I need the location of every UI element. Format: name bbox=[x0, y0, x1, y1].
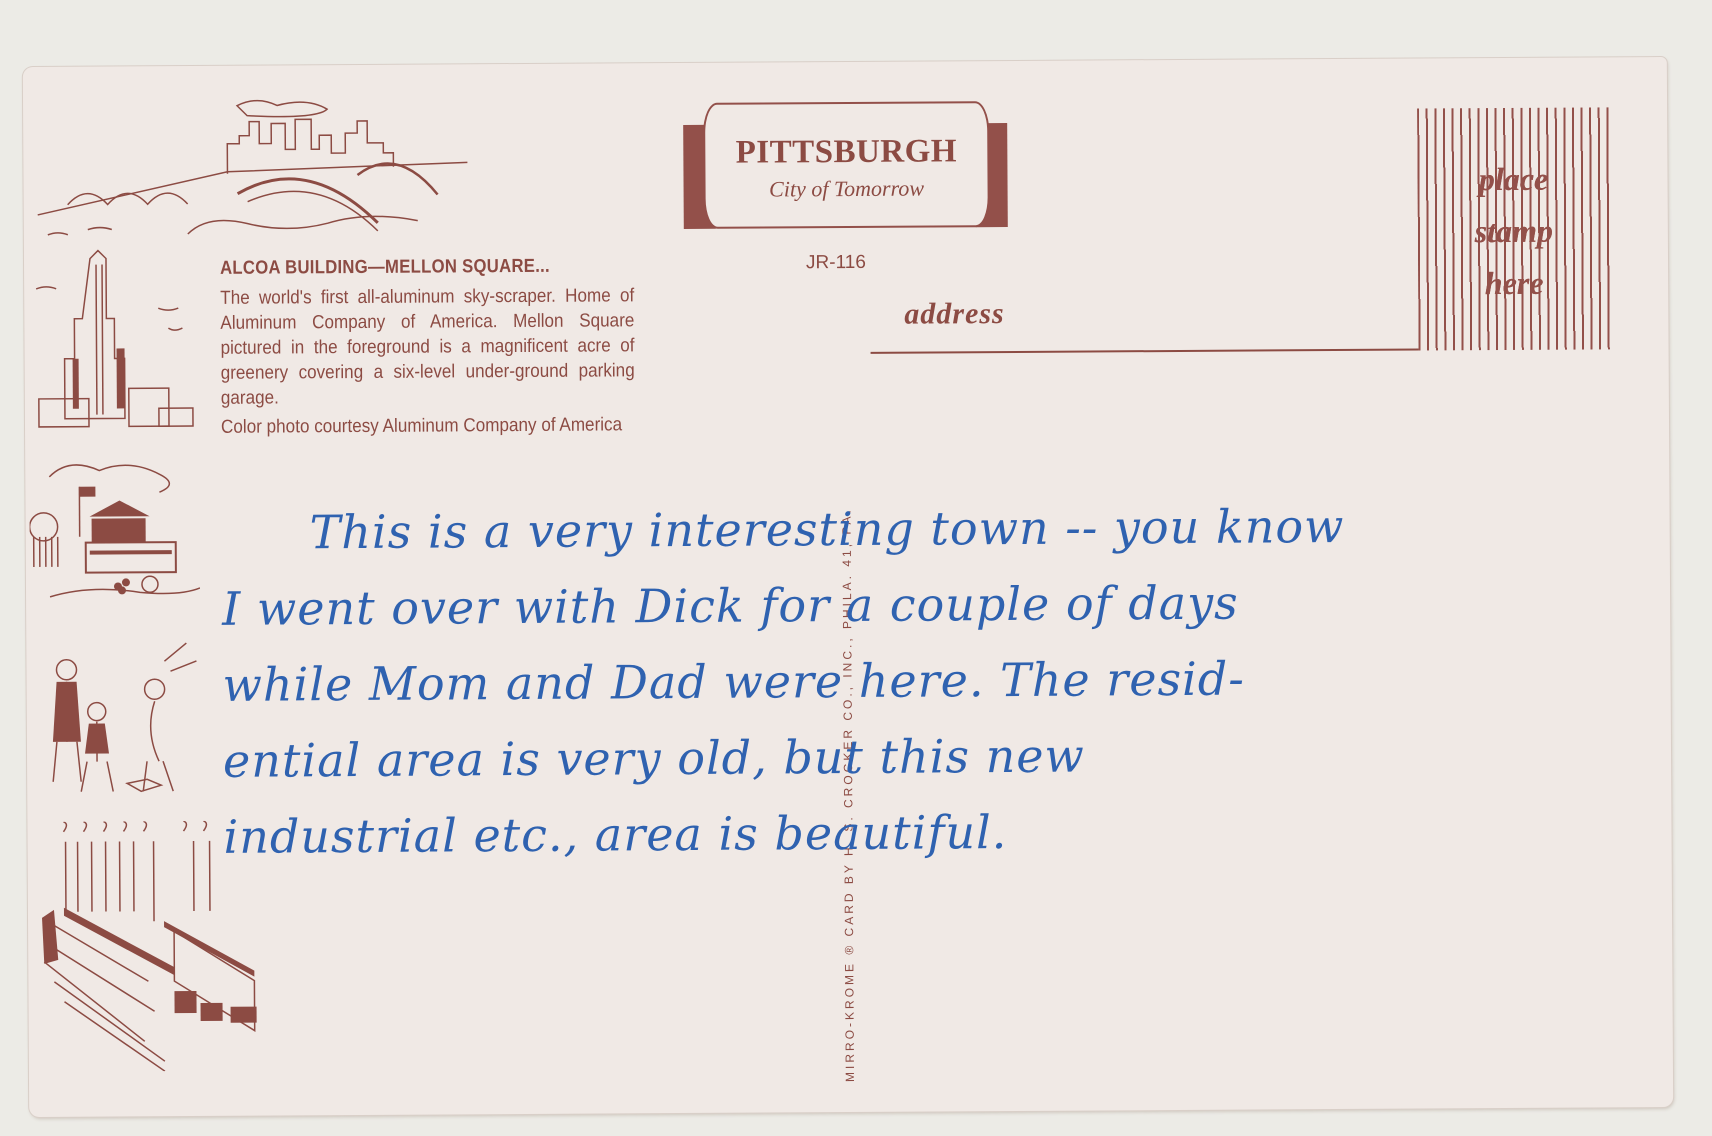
photo-credit: Color photo courtesy Aluminum Company of… bbox=[221, 414, 644, 439]
fort-blockhouse-icon bbox=[29, 456, 200, 607]
description-block: ALCOA BUILDING—MELLON SQUARE... The worl… bbox=[220, 255, 691, 439]
city-title-banner: PITTSBURGH City of Tomorrow bbox=[683, 95, 1008, 237]
skyscraper-icon bbox=[28, 248, 199, 429]
address-label: address bbox=[904, 297, 1005, 332]
city-subtitle: City of Tomorrow bbox=[705, 175, 987, 203]
bridges-skyline-icon bbox=[27, 92, 498, 245]
stamp-text-here: here bbox=[1418, 263, 1610, 302]
message-line: ential area is very old, but this new bbox=[223, 725, 1683, 788]
postcard: PITTSBURGH City of Tomorrow JR-116 ALCOA… bbox=[23, 57, 1673, 1117]
message-line: industrial etc., area is beautiful. bbox=[223, 801, 1683, 864]
baseball-players-icon bbox=[36, 641, 207, 802]
description-body: The world's first all-aluminum sky-scrap… bbox=[220, 283, 635, 411]
address-line bbox=[871, 349, 1419, 354]
stamp-text-stamp: stamp bbox=[1418, 211, 1610, 250]
card-code: JR-116 bbox=[806, 252, 866, 274]
stamp-area: place stamp here bbox=[1417, 107, 1610, 350]
message-line: I went over with Dick for a couple of da… bbox=[222, 573, 1682, 636]
stamp-text-place: place bbox=[1417, 159, 1609, 198]
banner-frame: PITTSBURGH City of Tomorrow bbox=[703, 101, 990, 229]
message-line: This is a very interesting town -- you k… bbox=[309, 496, 1712, 559]
description-heading: ALCOA BUILDING—MELLON SQUARE... bbox=[220, 255, 634, 280]
message-line: while Mom and Dad were here. The resid- bbox=[222, 649, 1682, 712]
city-title: PITTSBURGH bbox=[705, 133, 987, 172]
